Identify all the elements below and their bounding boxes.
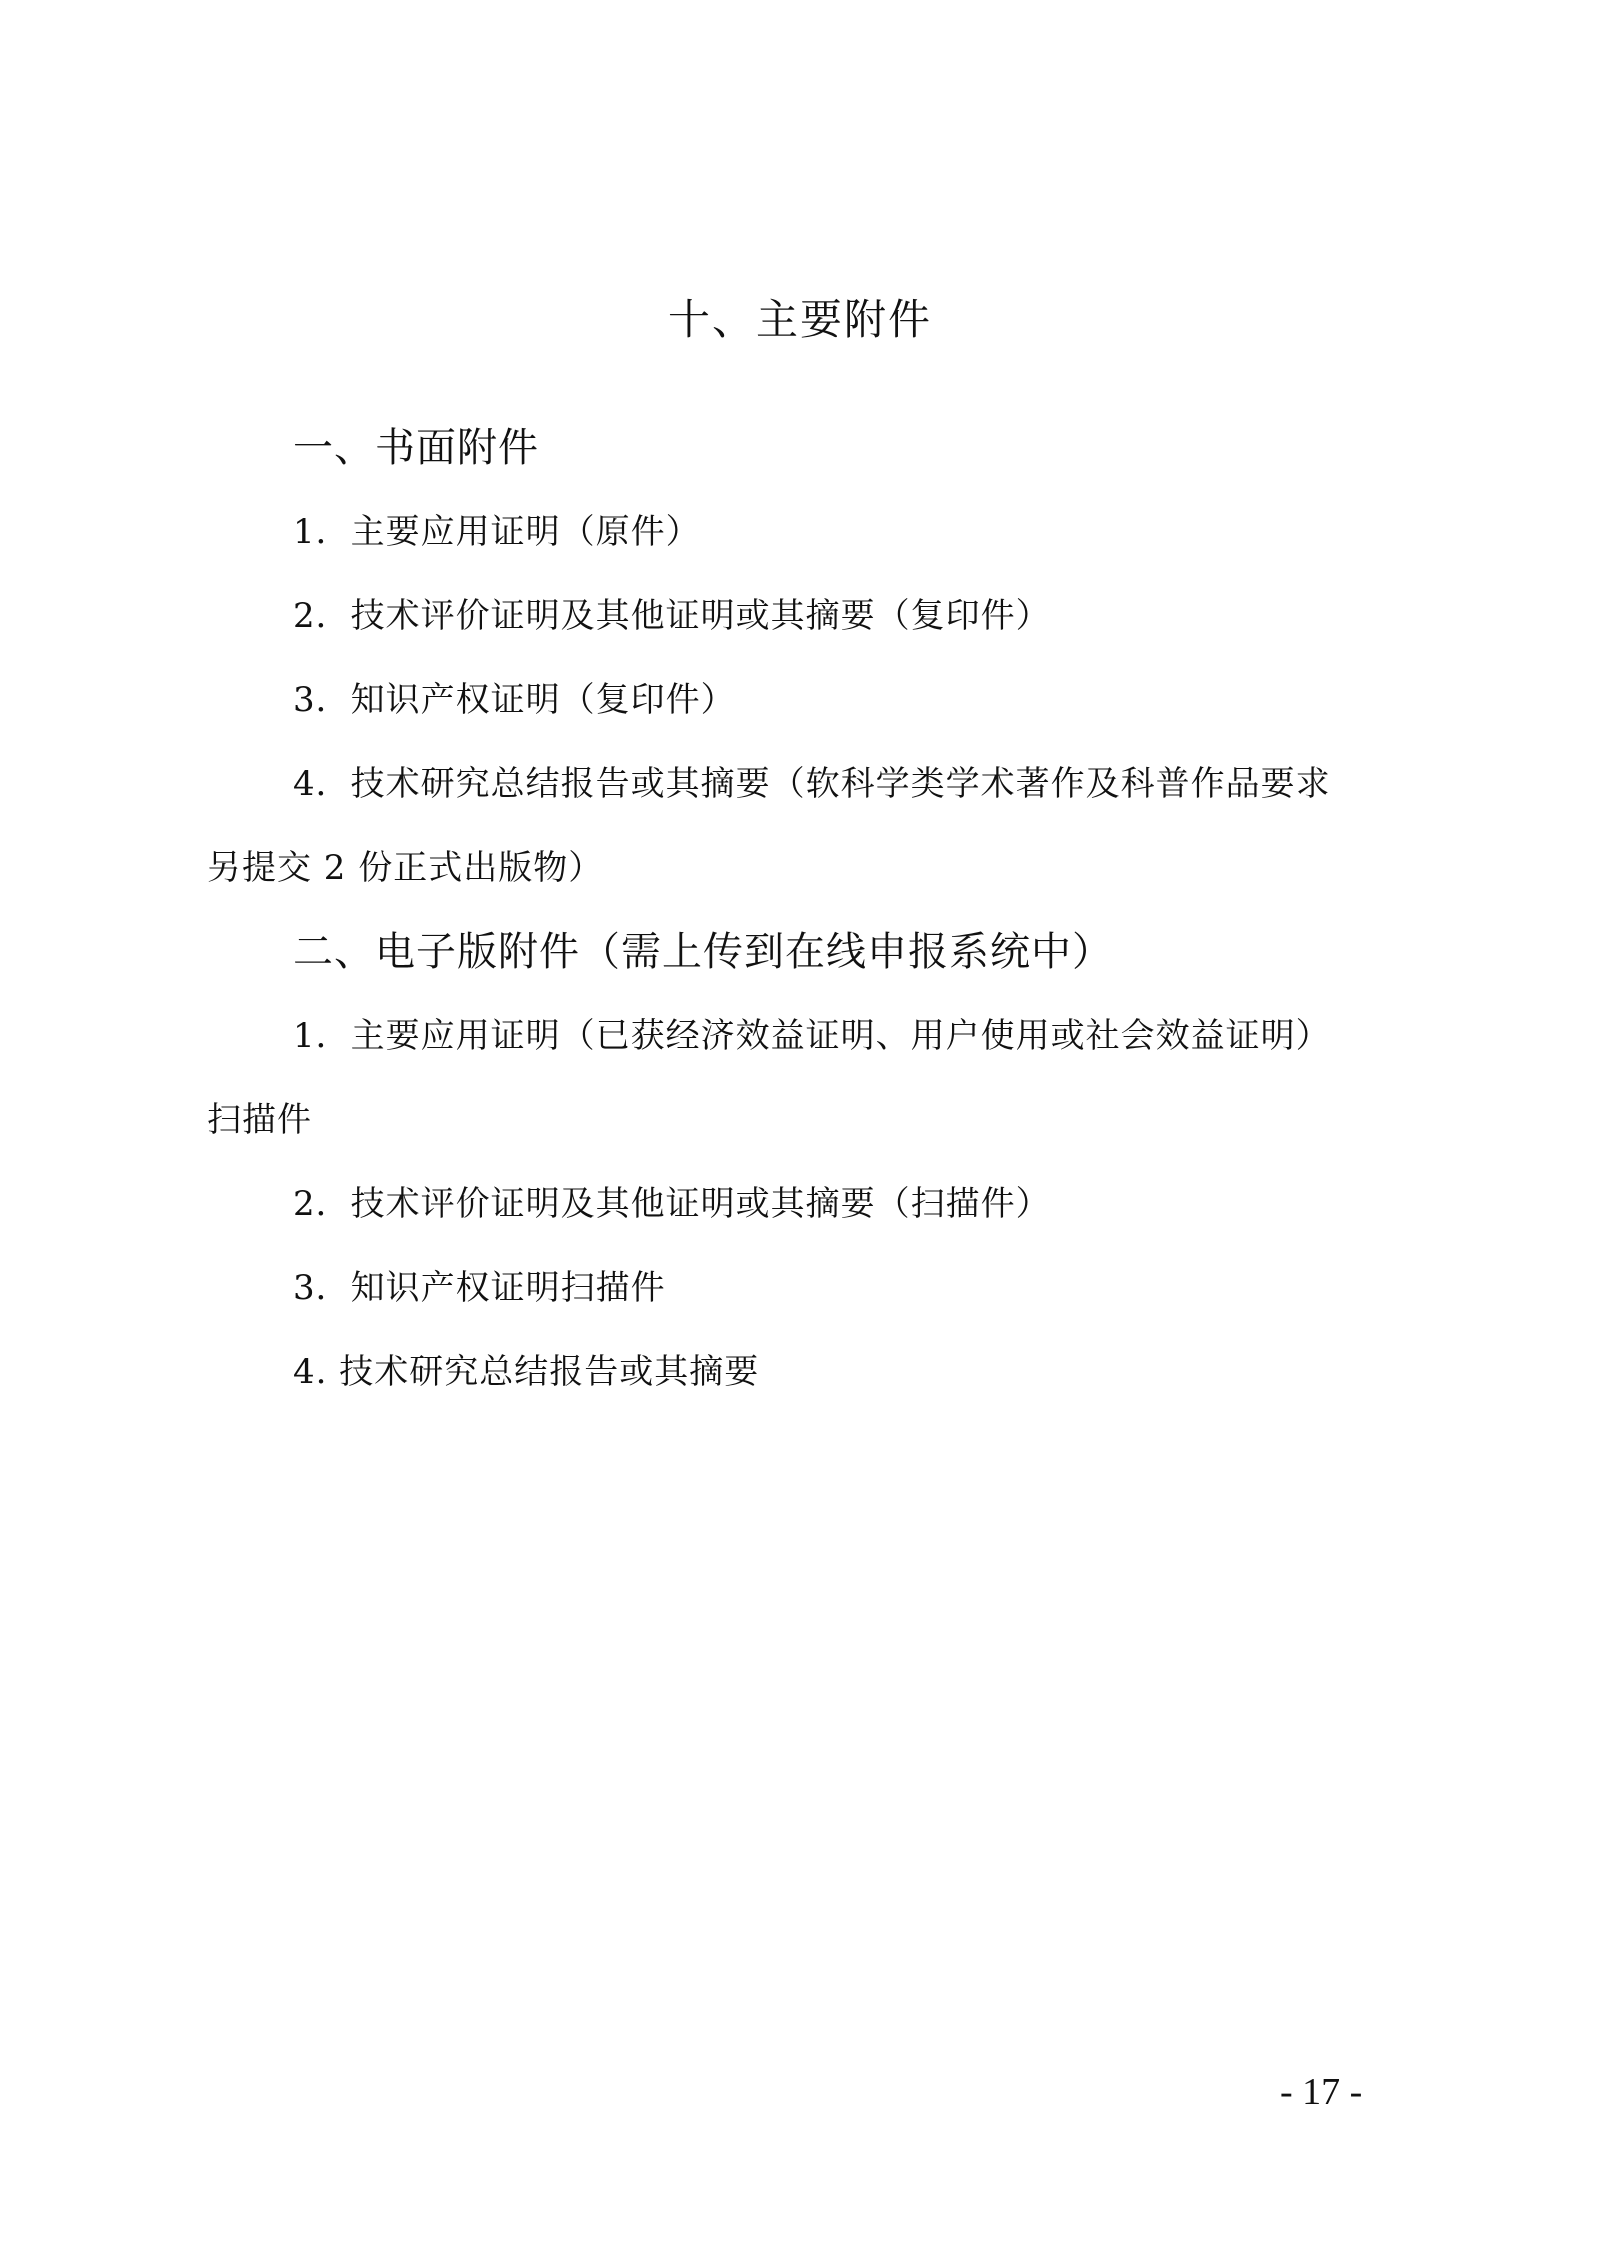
list-item: 2．技术评价证明及其他证明或其摘要（复印件） (293, 590, 1051, 642)
list-item: 3．知识产权证明（复印件） (293, 674, 736, 726)
list-item: 2．技术评价证明及其他证明或其摘要（扫描件） (293, 1178, 1051, 1230)
list-item: 3．知识产权证明扫描件 (293, 1262, 666, 1314)
list-item-continuation: 扫描件 (207, 1094, 312, 1146)
list-item-continuation: 另提交 2 份正式出版物） (207, 842, 603, 894)
list-item: 1．主要应用证明（已获经济效益证明、用户使用或社会效益证明） (293, 1010, 1331, 1062)
list-item: 4．技术研究总结报告或其摘要（软科学类学术著作及科普作品要求 (293, 758, 1331, 810)
section-heading-written: 一、书面附件 (293, 418, 539, 478)
page-title: 十、主要附件 (0, 290, 1600, 350)
list-item: 1．主要应用证明（原件） (293, 506, 701, 558)
section-heading-electronic: 二、电子版附件（需上传到在线申报系统中） (293, 922, 1113, 982)
document-page: 十、主要附件 一、书面附件 1．主要应用证明（原件） 2．技术评价证明及其他证明… (0, 0, 1600, 2262)
list-item: 4. 技术研究总结报告或其摘要 (293, 1346, 759, 1398)
page-number: - 17 - (1280, 2070, 1362, 2114)
